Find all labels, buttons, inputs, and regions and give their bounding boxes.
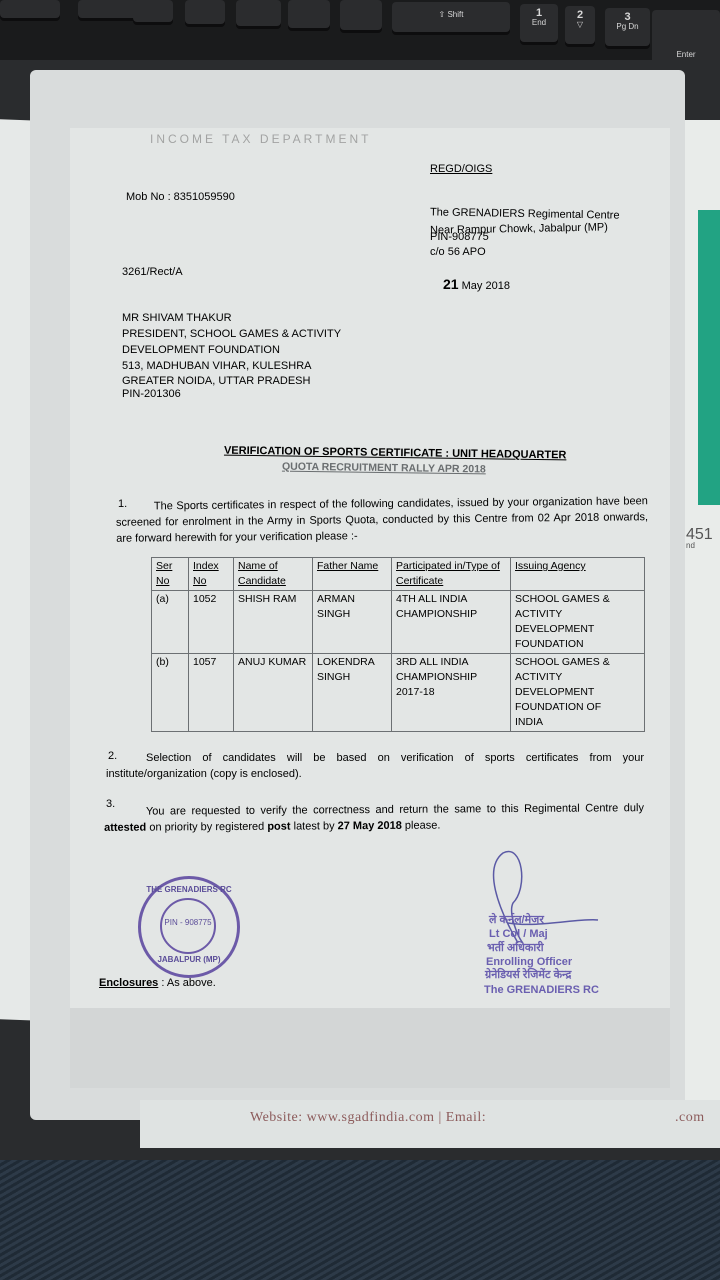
- col-certificate: Participated in/Type of Certificate: [392, 558, 511, 591]
- para3-text: on priority by registered: [146, 821, 267, 834]
- para3-text: You are requested to verify the correctn…: [146, 802, 644, 817]
- cell-father: ARMAN SINGH: [313, 591, 392, 654]
- table-row: (b) 1057 ANUJ KUMAR LOKENDRA SINGH 3RD A…: [152, 654, 645, 732]
- signature-line: The GRENADIERS RC: [484, 983, 599, 997]
- stamp-inner-circle: PIN - 908775: [160, 898, 216, 954]
- denim-fabric: [0, 1160, 720, 1280]
- key-number: 1: [520, 8, 558, 18]
- key-label: ⇧ Shift: [439, 10, 464, 19]
- key-number: 3: [605, 12, 650, 22]
- cell-index: 1057: [189, 654, 234, 732]
- enclosures: Enclosures : As above.: [99, 975, 216, 991]
- signature-line: Enrolling Officer: [486, 955, 572, 969]
- cell-certificate: 4TH ALL INDIA CHAMPIONSHIP: [392, 591, 511, 654]
- col-index-no: Index No: [189, 558, 234, 591]
- edge-text: 451nd: [686, 526, 713, 550]
- sender-line: c/o 56 APO: [430, 244, 486, 260]
- key-label: End: [532, 18, 546, 27]
- recipient-line: PRESIDENT, SCHOOL GAMES & ACTIVITY: [122, 326, 341, 342]
- cell-certificate: 3RD ALL INDIA CHAMPIONSHIP 2017-18: [392, 654, 511, 732]
- key-label: ▽: [577, 20, 583, 29]
- keyboard-key: [185, 0, 225, 24]
- para3-text: latest by: [291, 820, 338, 832]
- col-father-name: Father Name: [313, 558, 392, 591]
- sender-line: PIN-908775: [430, 229, 489, 245]
- pgdn-key: 3Pg Dn: [605, 8, 650, 46]
- table-row: (a) 1052 SHISH RAM ARMAN SINGH 4TH ALL I…: [152, 591, 645, 654]
- cell-agency: SCHOOL GAMES & ACTIVITY DEVELOPMENT FOUN…: [511, 654, 645, 732]
- keyboard-key: [0, 0, 60, 18]
- signature-line: ले कर्नल/मेजर: [489, 913, 544, 927]
- keyboard-key: [340, 0, 382, 30]
- cell-name: ANUJ KUMAR: [234, 654, 313, 732]
- signature-line: Lt Col / Maj: [489, 927, 548, 941]
- para3-text: please.: [402, 820, 441, 832]
- green-tab: [698, 210, 720, 505]
- footer-text: Website: www.sgadfindia.com | Email:.com: [250, 1110, 486, 1126]
- recipient-line: 513, MADHUBAN VIHAR, KULESHRA: [122, 358, 312, 374]
- enclosures-value: : As above.: [158, 977, 215, 989]
- keyboard-key: [78, 0, 140, 18]
- cell-index: 1052: [189, 591, 234, 654]
- registration-label: REGD/OIGS: [430, 161, 492, 177]
- table-header-row: Ser No Index No Name of Candidate Father…: [152, 558, 645, 591]
- date-day: 21: [443, 276, 459, 292]
- cell-ser: (b): [152, 654, 189, 732]
- down-key: 2▽: [565, 6, 595, 44]
- key-number: 2: [565, 10, 595, 20]
- recipient-line: PIN-201306: [122, 386, 181, 402]
- para3-bold: attested: [104, 822, 146, 834]
- keyboard-key: [133, 0, 173, 22]
- paragraph-3: You are requested to verify the correctn…: [104, 800, 644, 836]
- col-ser-no: Ser No: [152, 558, 189, 591]
- paragraph-2: Selection of candidates will be based on…: [106, 750, 644, 782]
- keyboard-key: [288, 0, 330, 28]
- col-issuing-agency: Issuing Agency: [511, 558, 645, 591]
- signature-line: ग्रेनेडियर्स रेजिमेंट केन्द्र: [485, 968, 571, 982]
- keyboard-key: [236, 0, 281, 26]
- cell-father: LOKENDRA SINGH: [313, 654, 392, 732]
- col-candidate-name: Name of Candidate: [234, 558, 313, 591]
- key-label: Enter: [676, 50, 695, 59]
- footer-left: Website: www.sgadfindia.com | Email:: [250, 1110, 486, 1125]
- date-month-year: May 2018: [462, 280, 510, 292]
- para3-bold: post: [267, 821, 290, 833]
- paragraph-1: The Sports certificates in respect of th…: [116, 493, 648, 547]
- shift-key: ⇧ Shift: [392, 2, 510, 32]
- recipient-line: DEVELOPMENT FOUNDATION: [122, 342, 280, 358]
- key-label: Pg Dn: [616, 22, 638, 31]
- faded-header: INCOME TAX DEPARTMENT: [150, 132, 371, 146]
- para3-deadline: 27 May 2018: [338, 820, 402, 832]
- enclosures-label: Enclosures: [99, 977, 158, 989]
- cell-ser: (a): [152, 591, 189, 654]
- footer-right: .com: [675, 1110, 705, 1126]
- cell-agency: SCHOOL GAMES & ACTIVITY DEVELOPMENT FOUN…: [511, 591, 645, 654]
- official-stamp: THE GRENADIERS RC PIN - 908775 JABALPUR …: [138, 876, 240, 978]
- recipient-line: MR SHIVAM THAKUR: [122, 310, 232, 326]
- stamp-pin: PIN - 908775: [162, 918, 214, 927]
- end-key: 1End: [520, 4, 558, 42]
- stamp-top-text: THE GRENADIERS RC: [141, 885, 237, 894]
- reference-number: 3261/Rect/A: [122, 264, 183, 280]
- candidates-table: Ser No Index No Name of Candidate Father…: [151, 557, 645, 732]
- cell-name: SHISH RAM: [234, 591, 313, 654]
- letter-date: 21 May 2018: [443, 276, 510, 294]
- page-bottom: [70, 1008, 670, 1088]
- mobile-number: Mob No : 8351059590: [126, 189, 235, 205]
- subject-line-2: QUOTA RECRUITMENT RALLY APR 2018: [282, 459, 486, 478]
- stamp-bottom-text: JABALPUR (MP): [141, 955, 237, 964]
- signature-line: भर्ती अधिकारी: [487, 941, 544, 955]
